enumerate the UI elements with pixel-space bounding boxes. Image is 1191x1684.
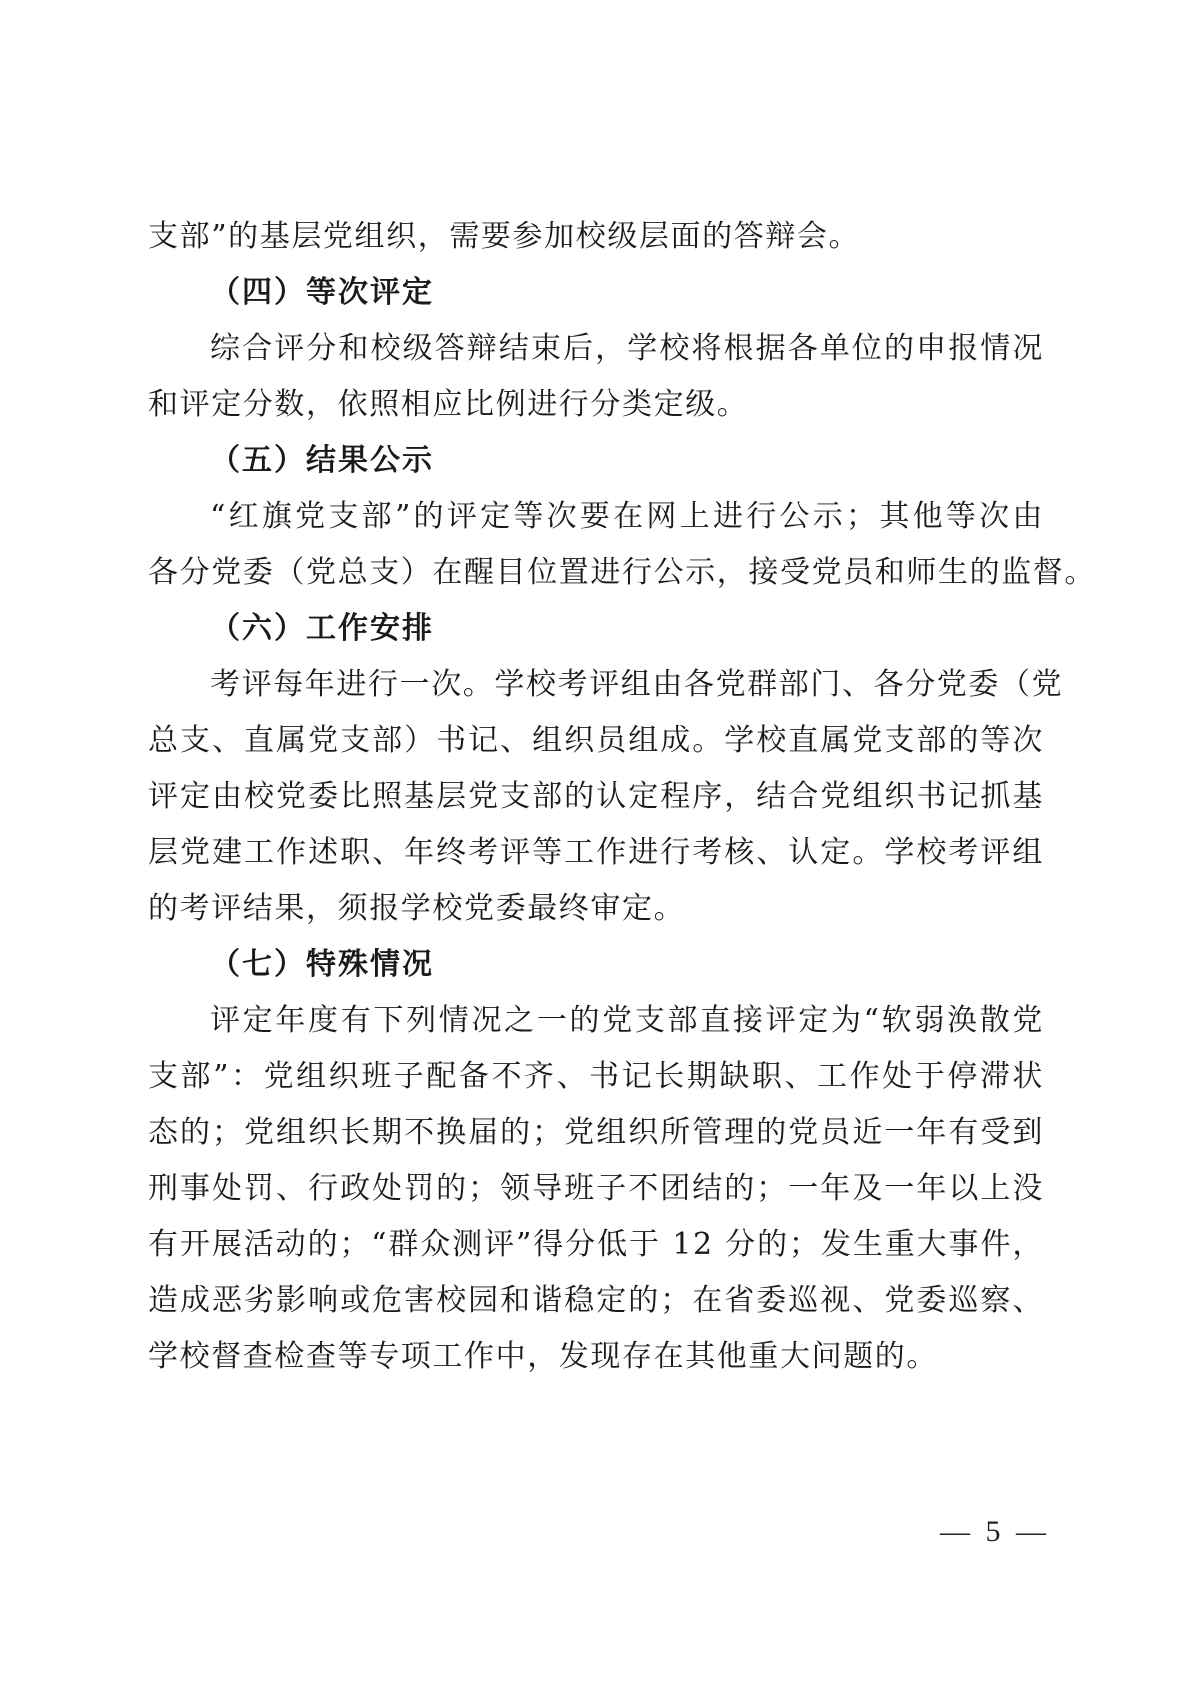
paragraph-line: 评定年度有下列情况之一的党支部直接评定为“软弱涣散党 xyxy=(148,998,1044,1054)
section-heading-special-cases: （七）特殊情况 xyxy=(148,942,1044,998)
paragraph-line: “红旗党支部”的评定等次要在网上进行公示；其他等次由 xyxy=(148,494,1044,550)
section-heading-grade-evaluation: （四）等次评定 xyxy=(148,270,1044,326)
paragraph-line: 态的；党组织长期不换届的；党组织所管理的党员近一年有受到 xyxy=(148,1110,1044,1166)
paragraph-line: 考评每年进行一次。学校考评组由各党群部门、各分党委（党 xyxy=(148,662,1044,718)
paragraph-line: 学校督查检查等专项工作中，发现存在其他重大问题的。 xyxy=(148,1334,1044,1390)
section-heading-work-arrangement: （六）工作安排 xyxy=(148,606,1044,662)
paragraph-line: 的考评结果，须报学校党委最终审定。 xyxy=(148,886,1044,942)
page-number: — 5 — xyxy=(940,1512,1050,1552)
paragraph-line: 刑事处罚、行政处罚的；领导班子不团结的；一年及一年以上没 xyxy=(148,1166,1044,1222)
paragraph-line: 有开展活动的；“群众测评”得分低于 12 分的；发生重大事件， xyxy=(148,1222,1044,1278)
section-heading-result-publicity: （五）结果公示 xyxy=(148,438,1044,494)
paragraph-line: 综合评分和校级答辩结束后，学校将根据各单位的申报情况 xyxy=(148,326,1044,382)
paragraph-line: 和评定分数，依照相应比例进行分类定级。 xyxy=(148,382,1044,438)
paragraph-line: 评定由校党委比照基层党支部的认定程序，结合党组织书记抓基 xyxy=(148,774,1044,830)
document-page-body: 支部”的基层党组织，需要参加校级层面的答辩会。 （四）等次评定 综合评分和校级答… xyxy=(148,214,1044,1390)
paragraph-line: 造成恶劣影响或危害校园和谐稳定的；在省委巡视、党委巡察、 xyxy=(148,1278,1044,1334)
paragraph-line: 支部”：党组织班子配备不齐、书记长期缺职、工作处于停滞状 xyxy=(148,1054,1044,1110)
paragraph-line: 各分党委（党总支）在醒目位置进行公示，接受党员和师生的监督。 xyxy=(148,550,1044,606)
paragraph-line: 支部”的基层党组织，需要参加校级层面的答辩会。 xyxy=(148,214,1044,270)
paragraph-line: 总支、直属党支部）书记、组织员组成。学校直属党支部的等次 xyxy=(148,718,1044,774)
paragraph-line: 层党建工作述职、年终考评等工作进行考核、认定。学校考评组 xyxy=(148,830,1044,886)
